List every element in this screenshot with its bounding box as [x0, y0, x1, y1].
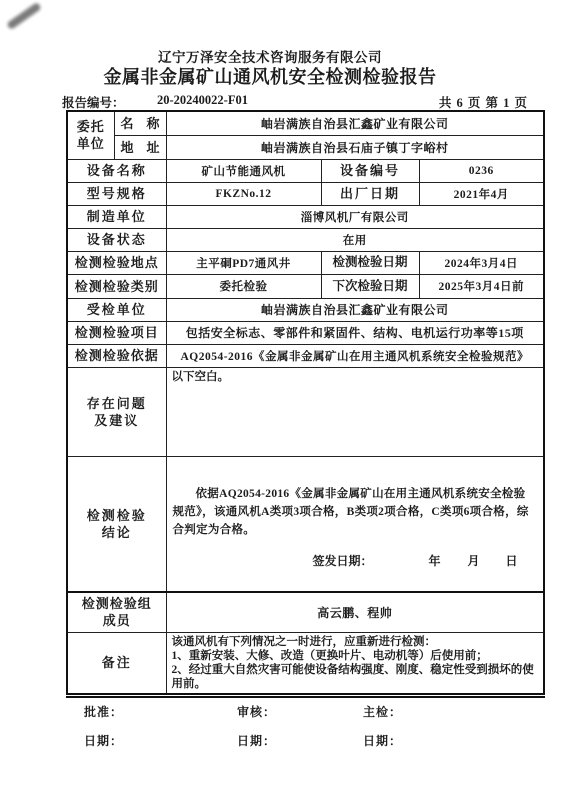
table-row: 受检单位 岫岩满族自治县汇鑫矿业有限公司 — [67, 298, 544, 321]
client-name-value: 岫岩满族自治县汇鑫矿业有限公司 — [166, 111, 544, 135]
table-row: 检测检验依据 AQ2054-2016《金属非金属矿山在用主通风机系统安全检验规范… — [67, 344, 544, 367]
category-label: 检测检验类别 — [67, 274, 166, 298]
team-value: 高云鹏、程帅 — [166, 592, 544, 632]
insp-date-value: 2024年3月4日 — [419, 251, 544, 274]
basis-value: AQ2054-2016《金属非金属矿山在用主通风机系统安全检验规范》 — [166, 344, 544, 367]
location-value: 主平硐PD7通风井 — [166, 251, 321, 274]
mfg-date-label: 出厂日期 — [321, 182, 419, 205]
conclusion-cell: 依据AQ2054-2016《金属非金属矿山在用主通风机系统安全检验规范》，该通风… — [166, 456, 544, 592]
conclusion-text: 依据AQ2054-2016《金属非金属矿山在用主通风机系统安全检验规范》，该通风… — [167, 457, 544, 539]
remark-label: 备注 — [67, 632, 166, 695]
table-row: 存在问题 及建议 以下空白。 — [67, 367, 544, 456]
client-name-label: 名 称 — [114, 111, 166, 135]
approve-label: 批准： — [84, 703, 123, 720]
report-page: 辽宁万泽安全技术咨询服务有限公司 金属非金属矿山通风机安全检测检验报告 报告编号… — [0, 0, 567, 802]
table-row: 检测检验组 成员 高云鹏、程帅 — [67, 592, 544, 632]
review-label: 审核： — [237, 703, 276, 720]
table-row: 检测检验项目 包括安全标志、零部件和紧固件、结构、电机运行功率等15项 — [67, 321, 544, 344]
table-row: 型号规格 FKZNo.12 出厂日期 2021年4月 — [67, 182, 544, 205]
status-label: 设备状态 — [67, 228, 166, 251]
chief-date-label: 日期： — [363, 732, 402, 749]
manufacturer-value: 淄博风机厂有限公司 — [166, 205, 544, 228]
table-row: 设备名称 矿山节能通风机 设备编号 0236 — [67, 159, 544, 182]
model-label: 型号规格 — [67, 182, 166, 205]
device-no-value: 0236 — [419, 159, 544, 182]
next-date-value: 2025年3月4日前 — [419, 274, 544, 298]
next-date-label: 下次检验日期 — [321, 274, 419, 298]
table-row: 委托 单位 名 称 岫岩满族自治县汇鑫矿业有限公司 — [67, 111, 544, 135]
mfg-date-value: 2021年4月 — [419, 182, 544, 205]
review-date-label: 日期： — [237, 732, 276, 749]
conclusion-label: 检测检验 结论 — [67, 456, 166, 592]
report-title: 金属非金属矿山通风机安全检测检验报告 — [30, 63, 510, 89]
sign-year: 年 — [429, 552, 441, 569]
device-no-label: 设备编号 — [321, 159, 419, 182]
table-row: 检测检验 结论 依据AQ2054-2016《金属非金属矿山在用主通风机系统安全检… — [67, 456, 544, 592]
sign-date-label: 签发日期： — [313, 552, 373, 569]
scan-artifact-mark — [6, 2, 42, 30]
problems-value: 以下空白。 — [166, 367, 544, 456]
table-row: 备注 该通风机有下列情况之一时进行，应重新进行检测： 1、重新安装、大修、改造（… — [67, 632, 544, 695]
report-number-value: 20-20240022-F01 — [157, 93, 248, 108]
sign-month: 月 — [468, 552, 480, 569]
report-number-label: 报告编号： — [62, 93, 125, 111]
items-value: 包括安全标志、零部件和紧固件、结构、电机运行功率等15项 — [166, 321, 544, 344]
client-address-value: 岫岩满族自治县石庙子镇丁字峪村 — [166, 135, 544, 159]
sign-day: 日 — [506, 552, 518, 569]
problems-label: 存在问题 及建议 — [67, 367, 166, 456]
sign-date-line: 签发日期： 年 月 日 — [167, 552, 544, 568]
page-count: 共 6 页 第 1 页 — [439, 93, 528, 111]
inspected-unit-value: 岫岩满族自治县汇鑫矿业有限公司 — [166, 298, 544, 321]
device-name-label: 设备名称 — [67, 159, 166, 182]
manufacturer-label: 制造单位 — [67, 205, 166, 228]
table-row: 制造单位 淄博风机厂有限公司 — [67, 205, 544, 228]
category-value: 委托检验 — [166, 274, 321, 298]
insp-date-label: 检测检验日期 — [321, 251, 419, 274]
remark-cell: 该通风机有下列情况之一时进行，应重新进行检测： 1、重新安装、大修、改造（更换叶… — [166, 632, 544, 695]
table-row: 设备状态 在用 — [67, 228, 544, 251]
client-group-label: 委托 单位 — [67, 111, 114, 159]
remark-line-2: 1、重新安装、大修、改造（更换叶片、电动机等）后使用前； — [172, 649, 539, 663]
team-label: 检测检验组 成员 — [67, 592, 166, 632]
items-label: 检测检验项目 — [67, 321, 166, 344]
approve-date-label: 日期： — [84, 732, 123, 749]
table-row: 检测检验地点 主平硐PD7通风井 检测检验日期 2024年3月4日 — [67, 251, 544, 274]
table-row: 地 址 岫岩满族自治县石庙子镇丁字峪村 — [67, 135, 544, 159]
chief-label: 主检： — [363, 703, 402, 720]
remark-line-3: 2、经过重大自然灾害可能使设备结构强度、刚度、稳定性受到损坏的使用前。 — [172, 663, 539, 691]
location-label: 检测检验地点 — [67, 251, 166, 274]
remark-line-1: 该通风机有下列情况之一时进行，应重新进行检测： — [172, 635, 539, 649]
report-number-line: 报告编号： 20-20240022-F01 共 6 页 第 1 页 — [62, 93, 528, 110]
model-value: FKZNo.12 — [166, 182, 321, 205]
device-name-value: 矿山节能通风机 — [166, 159, 321, 182]
inspected-unit-label: 受检单位 — [67, 298, 166, 321]
client-address-label: 地 址 — [114, 135, 166, 159]
inspection-form-table: 委托 单位 名 称 岫岩满族自治县汇鑫矿业有限公司 地 址 岫岩满族自治县石庙子… — [66, 110, 545, 698]
status-value: 在用 — [166, 228, 544, 251]
table-row: 检测检验类别 委托检验 下次检验日期 2025年3月4日前 — [67, 274, 544, 298]
basis-label: 检测检验依据 — [67, 344, 166, 367]
